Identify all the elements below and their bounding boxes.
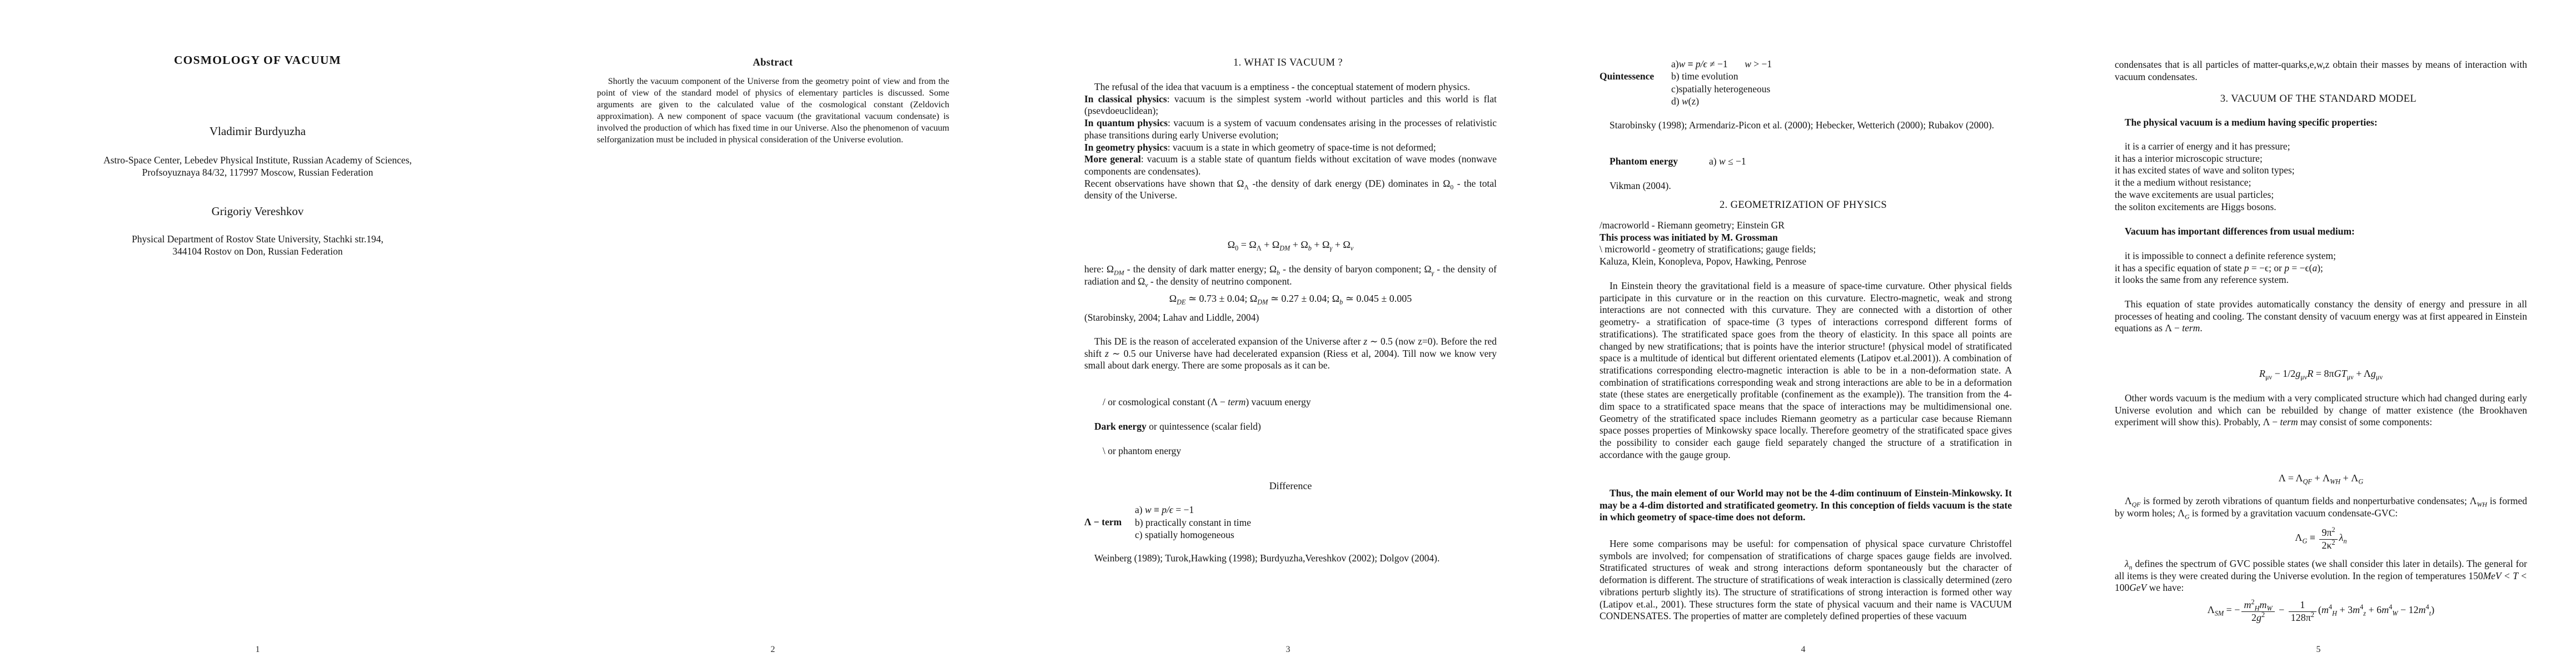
lambda-term-items: a) w ≡ p/ϵ = −1 b) practically constant … (1135, 504, 1251, 541)
paragraph-dark-energy: This DE is the reason of accelerated exp… (1084, 336, 1497, 372)
page-number-1: 1 (0, 645, 515, 655)
property-item-2: it has a interior microscopic structure; (2115, 153, 2527, 165)
affiliation-1-line2: Profsoyuznaya 84/32, 117997 Moscow, Russ… (0, 166, 515, 178)
equation-lambda-sm: ΛSM = −m2HmW2g2 − 1128π2(m4H + 3m4z + 6m… (2115, 599, 2527, 624)
line-cosmological-constant: / or cosmological constant (Λ − term) va… (1103, 396, 1311, 409)
paragraph-other-words: Other words vacuum is the medium with a … (2115, 392, 2527, 429)
equation-density-values: ΩDE ≃ 0.73 ± 0.04; ΩDM ≃ 0.27 ± 0.04; Ωb… (1084, 293, 1497, 305)
paragraph-condensates-continuation: condensates that is all particles of mat… (2115, 59, 2527, 83)
line-dark-energy: Dark energy or quintessence (scalar fiel… (1094, 421, 1261, 433)
reference-density-values: (Starobinsky, 2004; Lahav and Liddle, 20… (1084, 312, 1259, 324)
affiliation-1: Astro-Space Center, Lebedev Physical Ins… (0, 154, 515, 178)
line-microworld: \ microworld - geometry of stratificatio… (1600, 243, 2012, 256)
page-5: condensates that is all particles of mat… (2061, 0, 2576, 667)
page-4: Quintessence a)w ≡ p/ϵ ≠ −1 w > −1 b) ti… (1546, 0, 2061, 667)
definition-geometry-physics: In geometry physics: vacuum is a state i… (1084, 142, 1497, 154)
equation-lambda-sum: Λ = ΛQF + ΛWH + ΛG (2115, 472, 2527, 485)
page-1: COSMOLOGY OF VACUUM Vladimir Burdyuzha A… (0, 0, 515, 667)
paragraph-density-terms: here: ΩDM - the density of dark matter e… (1084, 263, 1497, 287)
affiliation-2: Physical Department of Rostov State Univ… (0, 233, 515, 257)
line-macroworld: /macroworld - Riemann geometry; Einstein… (1600, 220, 2012, 232)
paragraph-recent-observations: Recent observations have shown that ΩΛ -… (1084, 178, 1497, 202)
phantom-energy-row: Phantom energya) w ≤ −1 (1610, 156, 1746, 168)
affiliation-2-line2: 344104 Rostov on Don, Russian Federation (0, 245, 515, 257)
references-lambda: Weinberg (1989); Turok,Hawking (1998); B… (1084, 552, 1497, 565)
lambda-item-c: c) spatially homogeneous (1135, 529, 1251, 541)
abstract-heading: Abstract (515, 57, 1030, 69)
line-grossman: This process was initiated by M. Grossma… (1600, 232, 2012, 244)
author-name-2: Grigoriy Vereshkov (0, 206, 515, 218)
affiliation-2-line1: Physical Department of Rostov State Univ… (0, 233, 515, 245)
page-number-3: 3 (1030, 645, 1546, 655)
differences-lead: Vacuum has important differences from us… (2115, 226, 2527, 238)
geometrization-lines: /macroworld - Riemann geometry; Einstein… (1600, 220, 2012, 268)
line-phantom-energy: \ or phantom energy (1103, 445, 1181, 457)
paragraph-thus-bold: Thus, the main element of our World may … (1600, 487, 2012, 524)
difference-item-2: it has a specific equation of state p = … (2115, 262, 2527, 275)
difference-heading: Difference (1084, 480, 1497, 492)
section-heading-2: 2. GEOMETRIZATION OF PHYSICS (1546, 200, 2061, 212)
paragraph-equation-of-state: This equation of state provides automati… (2115, 298, 2527, 335)
abstract-text: Shortly the vacuum component of the Univ… (597, 76, 949, 146)
equation-einstein: Rμν − 1/2gμνR = 8πGTμν + Λgμν (2115, 368, 2527, 380)
equation-gvc: ΛG ≡ 9π22κ2λn (2115, 527, 2527, 551)
quintessence-item-b: b) time evolution (1671, 70, 1772, 82)
equation-density-sum: Ω0 = ΩΛ + ΩDM + Ωb + Ωγ + Ων (1084, 239, 1497, 251)
property-item-5: the wave excitements are usual particles… (2115, 189, 2527, 201)
property-item-1: it is a carrier of energy and it has pre… (2115, 141, 2527, 153)
section-heading-1: 1. WHAT IS VACUUM ? (1030, 57, 1546, 69)
references-phantom: Vikman (2004). (1610, 180, 1671, 192)
paragraph-einstein-theory: In Einstein theory the gravitational fie… (1600, 280, 2012, 461)
definition-quantum-physics: In quantum physics: vacuum is a system o… (1084, 117, 1497, 141)
quintessence-item-c: c)spatially heterogeneous (1671, 83, 1772, 95)
lambda-item-a: a) w ≡ p/ϵ = −1 (1135, 504, 1251, 516)
phantom-energy-label: Phantom energy (1610, 156, 1678, 167)
author-name-1: Vladimir Burdyuzha (0, 126, 515, 138)
phantom-energy-item-a: a) w ≤ −1 (1709, 156, 1746, 167)
definition-classical-physics: In classical physics: vacuum is the simp… (1084, 93, 1497, 117)
definition-more-general: More general: vacuum is a stable state o… (1084, 153, 1497, 177)
properties-lead: The physical vacuum is a medium having s… (2115, 117, 2527, 129)
properties-list: it is a carrier of energy and it has pre… (2115, 141, 2527, 213)
paragraph-comparisons: Here some comparisons may be useful: for… (1600, 538, 2012, 623)
quintessence-items: a)w ≡ p/ϵ ≠ −1 w > −1 b) time evolution … (1671, 58, 1772, 107)
paragraph-lambda-components: ΛQF is formed by zeroth vibrations of qu… (2115, 495, 2527, 519)
quintessence-item-a: a)w ≡ p/ϵ ≠ −1 w > −1 (1671, 58, 1772, 70)
page-3: 1. WHAT IS VACUUM ? The refusal of the i… (1030, 0, 1546, 667)
section-heading-3: 3. VACUUM OF THE STANDARD MODEL (2061, 93, 2576, 106)
property-item-4: it the a medium without resistance; (2115, 177, 2527, 189)
quintessence-label: Quintessence (1600, 71, 1654, 83)
page-number-4: 4 (1546, 645, 2061, 655)
page-number-5: 5 (2061, 645, 2576, 655)
lambda-term-label: Λ − term (1084, 516, 1122, 529)
paper-title: COSMOLOGY OF VACUUM (0, 54, 515, 67)
paragraph-gvc-spectrum: λn defines the spectrum of GVC possible … (2115, 558, 2527, 594)
page-number-2: 2 (515, 645, 1030, 655)
affiliation-1-line1: Astro-Space Center, Lebedev Physical Ins… (0, 154, 515, 166)
references-quintessence: Starobinsky (1998); Armendariz-Picon et … (1600, 120, 2012, 132)
page-2: Abstract Shortly the vacuum component of… (515, 0, 1030, 667)
difference-item-1: it is impossible to connect a definite r… (2115, 250, 2527, 262)
property-item-3: it has excited states of wave and solito… (2115, 165, 2527, 177)
property-item-6: the soliton excitements are Higgs bosons… (2115, 201, 2527, 213)
quintessence-item-d: d) w(z) (1671, 95, 1772, 107)
differences-list: it is impossible to connect a definite r… (2115, 250, 2527, 286)
difference-item-3: it looks the same from any reference sys… (2115, 274, 2527, 286)
paper-strip: { "watermark": "arXiv:0801.0052v1\u00a0 … (0, 0, 2576, 667)
lambda-item-b: b) practically constant in time (1135, 516, 1251, 529)
paragraph-refusal: The refusal of the idea that vacuum is a… (1084, 81, 1497, 93)
section-1-intro: The refusal of the idea that vacuum is a… (1084, 81, 1497, 202)
line-names: Kaluza, Klein, Konopleva, Popov, Hawking… (1600, 256, 2012, 268)
